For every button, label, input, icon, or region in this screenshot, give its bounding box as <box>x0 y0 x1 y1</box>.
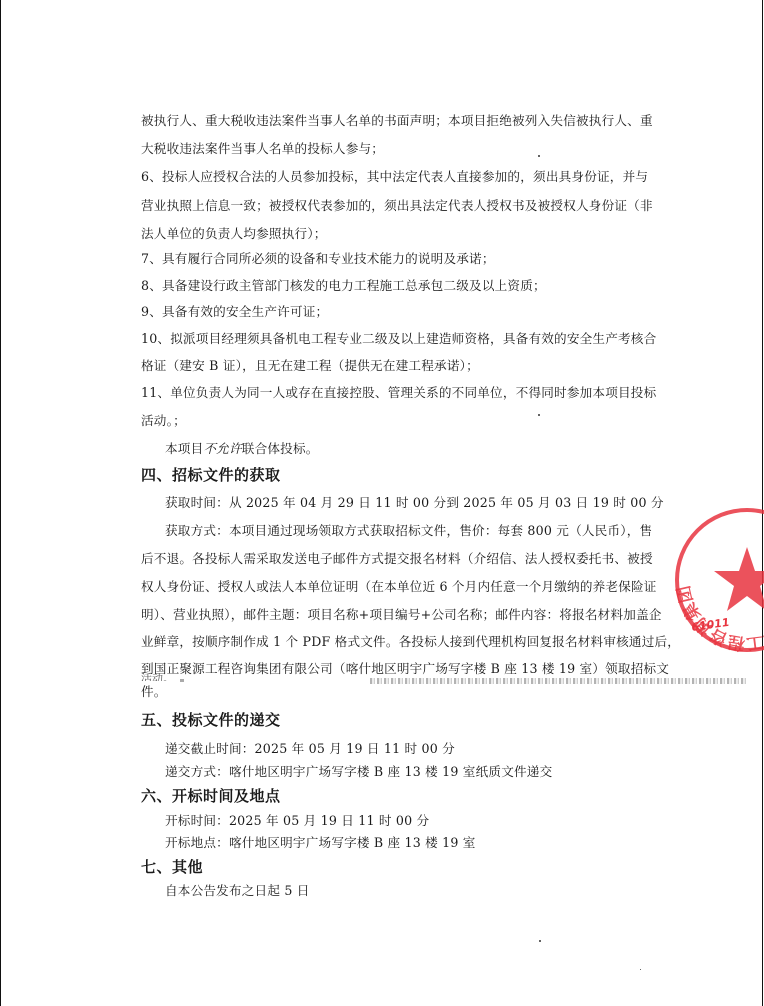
section-heading-6: 六、开标时间及地点 <box>141 787 281 805</box>
opening-location: 开标地点：喀什地区明宇广场写字楼 B 座 13 楼 19 室 <box>165 835 476 851</box>
requirement-6-line-3: 法人单位的负责人均参照执行）； <box>141 226 327 242</box>
scan-artifact-text: 活动。 <box>141 673 174 681</box>
document-page: 被执行人、重大税收违法案件当事人名单的书面声明；本项目拒绝被列入失信被执行人、重… <box>0 0 764 1006</box>
requirement-6-line-2: 营业执照上信息一致；被授权代表参加的，须出具法定代表人授权书及被授权人身份证（非 <box>141 198 653 214</box>
requirement-10-line-1: 10、拟派项目经理须具备机电工程专业二级及以上建造师资格，具备有效的安全生产考核… <box>141 331 656 347</box>
page-border-right <box>762 0 763 1006</box>
star-icon <box>714 547 764 611</box>
section-heading-5: 五、投标文件的递交 <box>141 711 281 729</box>
text-line: 被执行人、重大税收违法案件当事人名单的书面声明；本项目拒绝被列入失信被执行人、重 <box>141 113 653 129</box>
consortium-note-emphasis: 不允许 <box>203 441 241 456</box>
acquisition-method-line-3: 权人身份证、授权人或法人本单位证明（在本单位近 6 个月内任意一个月缴纳的养老保… <box>141 579 657 595</box>
acquisition-method-line-1: 获取方式：本项目通过现场领取方式获取招标文件，售价：每套 800 元（人民币），… <box>165 523 652 539</box>
acquisition-method-line-7: 件。 <box>141 684 167 700</box>
requirement-6-line-1: 6、投标人应授权合法的人员参加投标，其中法定代表人直接参加的，须出具身份证，并与 <box>141 169 648 185</box>
requirement-10-line-2: 格证（建安 B 证），且无在建工程（提供无在建工程承诺）； <box>141 358 479 374</box>
acquisition-method-line-6: 到国正聚源工程咨询集团有限公司（喀什地区明宇广场写字楼 B 座 13 楼 19 … <box>141 661 669 677</box>
page-border-left <box>0 0 1 1006</box>
scan-speck <box>539 940 541 942</box>
official-seal-stamp: 国正聚源工程咨询集团 61011 <box>672 505 764 655</box>
requirement-11-line-2: 活动。； <box>141 413 186 429</box>
requirement-11-line-1: 11、单位负责人为同一人或存在直接控股、管理关系的不同单位，不得同时参加本项目投… <box>141 385 656 401</box>
opening-time: 开标时间：2025 年 05 月 19 日 11 时 00 分 <box>165 813 429 829</box>
consortium-note-suffix: 联合体投标。 <box>242 441 319 456</box>
acquisition-method-line-4: 明）、营业执照），邮件主题：项目名称+项目编号+公司名称；邮件内容：将报名材料加… <box>141 607 662 623</box>
consortium-note: 本项目不允许联合体投标。 <box>165 441 319 457</box>
section-heading-4: 四、招标文件的获取 <box>141 466 281 484</box>
scan-artifact-noise <box>370 678 748 684</box>
scan-speck <box>538 414 540 416</box>
section-heading-7: 七、其他 <box>141 858 203 876</box>
submission-deadline: 递交截止时间：2025 年 05 月 19 日 11 时 00 分 <box>165 741 455 757</box>
scan-speck <box>538 155 540 157</box>
text-line: 大税收违法案件当事人名单的投标人参与； <box>141 141 384 157</box>
requirement-7: 7、具有履行合同所必须的设备和专业技术能力的说明及承诺； <box>141 251 495 267</box>
acquisition-time: 获取时间：从 2025 年 04 月 29 日 11 时 00 分到 2025 … <box>165 495 664 511</box>
requirement-9: 9、具备有效的安全生产许可证； <box>141 304 328 320</box>
scan-speck <box>640 969 641 970</box>
consortium-note-prefix: 本项目 <box>165 441 203 456</box>
scan-artifact <box>180 679 184 682</box>
acquisition-method-line-5: 业鲜章，按顺序制作成 1 个 PDF 格式文件。各投标人接到代理机构回复报名材料… <box>141 634 680 650</box>
other-notice: 自本公告发布之日起 5 日 <box>165 883 310 899</box>
submission-method: 递交方式：喀什地区明宇广场写字楼 B 座 13 楼 19 室纸质文件递交 <box>165 764 552 780</box>
requirement-8: 8、具备建设行政主管部门核发的电力工程施工总承包二级及以上资质； <box>141 278 546 294</box>
acquisition-method-line-2: 后不退。各投标人需采取发送电子邮件方式提交报名材料（介绍信、法人授权委托书、被授 <box>141 551 653 567</box>
